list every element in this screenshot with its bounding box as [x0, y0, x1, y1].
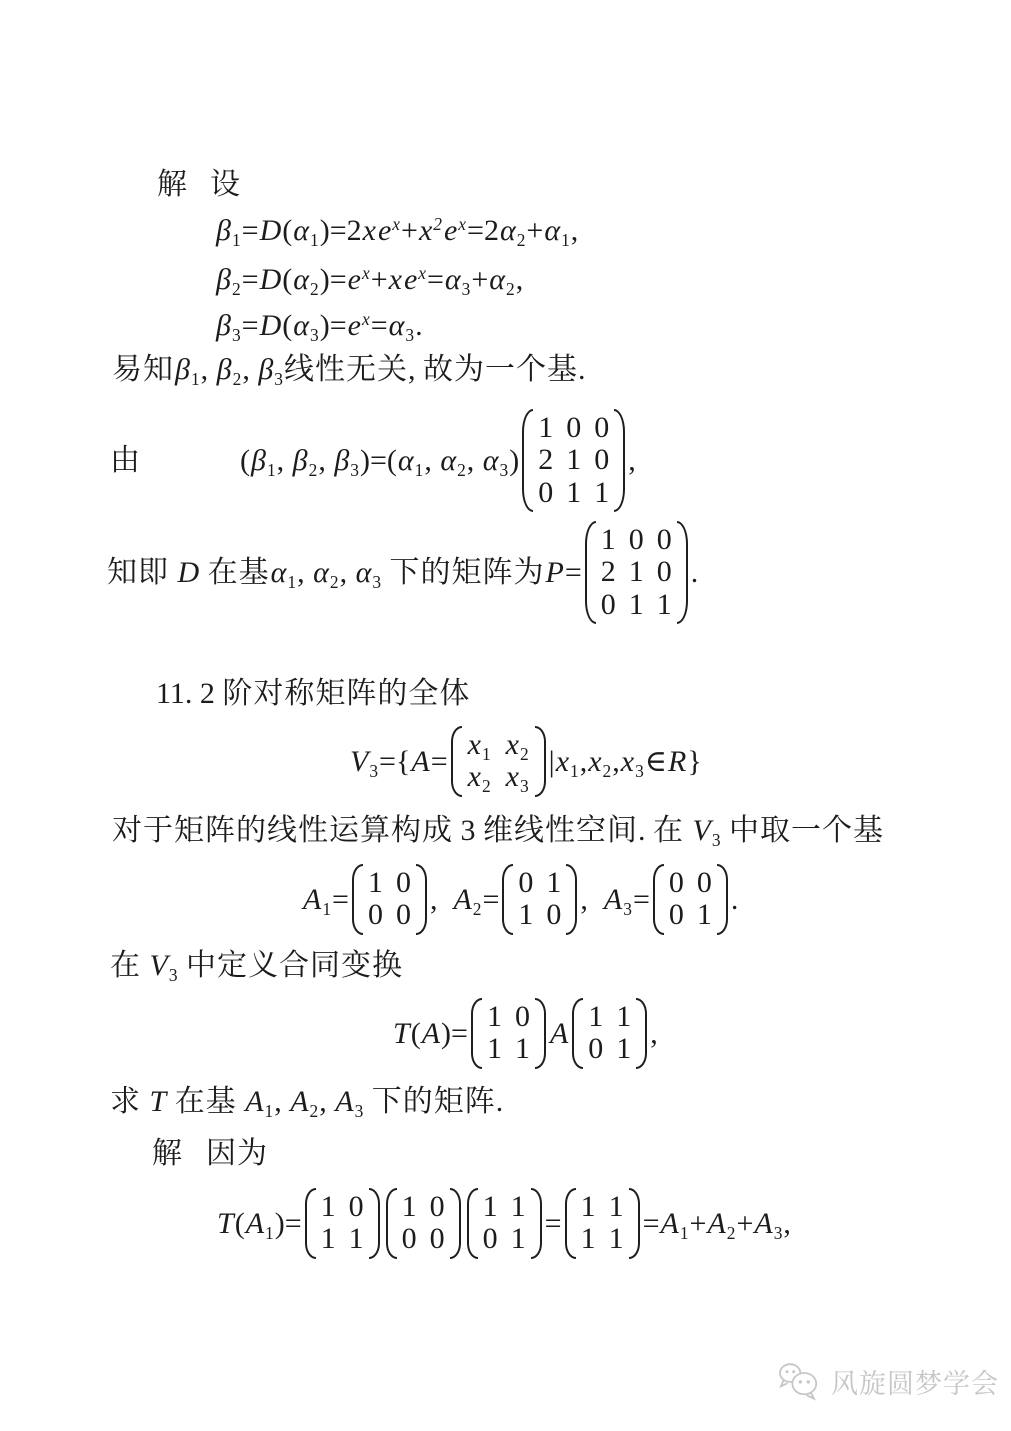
math-token: ) [509, 442, 519, 480]
math-token: , [274, 1083, 289, 1121]
solution-marker-2: 解因为 [152, 1135, 268, 1173]
subscript: 1 [482, 744, 491, 764]
matrix-cell: 0 [585, 1033, 606, 1065]
math-token: β2 [292, 442, 319, 480]
subscript: 2 [457, 460, 466, 480]
math-token: D [177, 554, 201, 592]
math-token: α1 [543, 212, 570, 250]
superscript: x [458, 214, 466, 234]
math-token: , [297, 554, 312, 592]
matrix-cell: 0 [563, 412, 584, 444]
math-token: = [482, 881, 499, 919]
math-token [141, 1083, 149, 1121]
math-token: ( [235, 1205, 245, 1243]
math-token: P [545, 554, 565, 592]
subscript: 3 [462, 279, 471, 299]
math-token: α2 [488, 261, 515, 299]
math-token: V3 [349, 743, 379, 781]
matrix-cell: 1 [346, 1223, 367, 1255]
matrix-cell: 0 [591, 444, 612, 476]
matrix-cell: 0 [399, 1223, 420, 1255]
subscript: 1 [191, 369, 200, 389]
math-token: α1 [270, 554, 297, 592]
matrix: 100210011 [521, 408, 626, 513]
subscript: 2 [330, 572, 339, 592]
math-token: x2 [505, 728, 530, 761]
subscript: 2 [310, 279, 319, 299]
math-token: α3 [355, 554, 382, 592]
spacer [183, 1153, 206, 1154]
matrix-cell: 0 [365, 899, 386, 931]
math-token [237, 1083, 245, 1121]
math-token: , [430, 881, 453, 919]
subscript: 2 [233, 369, 242, 389]
equation-v3-definition: V3={A=x1x2x2x3|x1,x2,x3∈R} [349, 725, 702, 798]
wechat-icon [776, 1360, 822, 1402]
math-token: ex [443, 212, 467, 250]
math-token: β3 [257, 351, 284, 389]
subscript: 3 [405, 325, 414, 345]
matrix-cell: 1 [318, 1223, 339, 1255]
matrix-cell: 0 [654, 524, 675, 556]
math-token: x2 [587, 743, 612, 781]
math-token: β3 [333, 442, 360, 480]
matrix-cell: 0 [543, 899, 564, 931]
matrix-cell: 1 [606, 1223, 627, 1255]
math-token [200, 554, 208, 592]
math-token: , [783, 1205, 791, 1243]
cjk-text: 线性无关 [284, 351, 408, 389]
matrix-cell: 1 [578, 1223, 599, 1255]
math-token [382, 554, 390, 592]
math-token: , [318, 442, 333, 480]
math-token: V3 [149, 947, 179, 985]
math-token: = [643, 1205, 660, 1243]
math-token: , [580, 881, 603, 919]
math-token: , [319, 1083, 334, 1121]
math-token: , [628, 442, 636, 480]
text-linear-independence: 易知β1, β2, β3线性无关, 故为一个基. [112, 351, 585, 389]
math-token: )= [320, 307, 347, 345]
math-token: x [362, 212, 377, 250]
superscript: x [362, 263, 370, 283]
math-token: A1 [245, 1205, 275, 1243]
subscript: 3 [712, 830, 721, 850]
math-token [141, 947, 149, 985]
math-token: = [633, 881, 650, 919]
subscript: 3 [774, 1223, 783, 1243]
subscript: 3 [310, 325, 319, 345]
subscript: 2 [517, 230, 526, 250]
subscript: 3 [520, 776, 529, 796]
matrix: 1101 [571, 997, 648, 1070]
matrix: 1011 [304, 1187, 381, 1260]
math-token: . [731, 881, 739, 919]
math-token: , [580, 743, 588, 781]
superscript: 2 [433, 214, 442, 234]
math-token: x3 [620, 743, 645, 781]
math-token [169, 554, 177, 592]
math-token: A2 [289, 1083, 319, 1121]
matrix: 1000 [385, 1187, 462, 1260]
math-token: . [415, 307, 423, 345]
cjk-text: 阶对称矩阵的全体 [222, 675, 470, 713]
subscript: 2 [310, 1101, 319, 1121]
math-token: , [516, 261, 524, 299]
math-token: α2 [439, 442, 466, 480]
matrix-cell: 0 [427, 1223, 448, 1255]
math-token: β1 [174, 351, 201, 389]
cjk-text: 在基 [175, 1083, 237, 1121]
math-token: + [471, 261, 488, 299]
matrix-cell: 0 [598, 589, 619, 621]
matrix-cell: 0 [694, 867, 715, 899]
subscript: 1 [287, 572, 296, 592]
matrix-cell: 0 [512, 1001, 533, 1033]
subscript: 1 [310, 230, 319, 250]
cjk-text: 解 [157, 166, 188, 204]
matrix-cell: 1 [318, 1191, 339, 1223]
math-token: = [371, 307, 388, 345]
math-token: x [388, 261, 403, 299]
matrix-cell: 1 [626, 556, 647, 588]
subscript: 1 [265, 1101, 274, 1121]
math-token: D [259, 212, 283, 250]
equation-basis-change: 由(β1, β2, β3)=(α1, α2, α3)100210011, [110, 408, 636, 513]
math-token: )= [320, 261, 347, 299]
subscript: 1 [561, 230, 570, 250]
cjk-text: 解 [152, 1135, 183, 1173]
math-token: = [565, 554, 582, 592]
text-find-matrix-of-t: 求 T 在基 A1, A2, A3 下的矩阵. [110, 1083, 503, 1121]
math-token: = [427, 261, 444, 299]
matrix-cell: 1 [694, 899, 715, 931]
cjk-text: 维线性空间 [483, 812, 638, 850]
subscript: 3 [350, 460, 359, 480]
math-token: , [408, 351, 423, 389]
matrix-cell: 0 [666, 899, 687, 931]
math-token: R [667, 743, 687, 781]
subscript: 1 [570, 761, 579, 781]
math-token: ( [282, 212, 292, 250]
matrix-cell: 0 [535, 477, 556, 509]
subscript: 3 [623, 899, 632, 919]
math-token: β1 [250, 442, 277, 480]
matrix-cell: 0 [393, 867, 414, 899]
matrix-cell: 1 [512, 1033, 533, 1065]
matrix-cell: 0 [591, 412, 612, 444]
cjk-text: 因为 [206, 1135, 268, 1173]
problem-11-heading: 11. 2 阶对称矩阵的全体 [156, 675, 470, 713]
math-token: α1 [397, 442, 424, 480]
math-token: T [392, 1015, 411, 1053]
math-token: A1 [244, 1083, 274, 1121]
math-token: A2 [452, 881, 482, 919]
math-token: β2 [215, 261, 242, 299]
matrix-cell: 1 [480, 1191, 501, 1223]
cjk-text: 对于矩阵的线性运算构成 [112, 812, 453, 850]
subscript: 3 [274, 369, 283, 389]
math-token: )= [320, 212, 347, 250]
subscript: 3 [369, 761, 378, 781]
subscript: 2 [232, 279, 241, 299]
math-token: } [687, 743, 701, 781]
subscript: 2 [603, 761, 612, 781]
matrix-cell: 0 [427, 1191, 448, 1223]
matrix-cell: 1 [606, 1191, 627, 1223]
math-token: A1 [302, 881, 332, 919]
subscript: 1 [680, 1223, 689, 1243]
math-token: = [242, 307, 259, 345]
math-token: ( [282, 307, 292, 345]
subscript: 3 [500, 460, 509, 480]
math-token: T [216, 1205, 235, 1243]
math-token: . [496, 1083, 504, 1121]
math-token: = [431, 743, 448, 781]
matrix-cell: 1 [598, 524, 619, 556]
math-token: ex [377, 212, 401, 250]
matrix-cell: 1 [591, 477, 612, 509]
watermark-label: 风旋圆梦学会 [831, 1362, 999, 1401]
subscript: 2 [520, 744, 529, 764]
matrix-cell: 1 [613, 1001, 634, 1033]
math-token: α2 [499, 212, 526, 250]
math-token: . [691, 554, 699, 592]
math-token: , [467, 442, 482, 480]
math-token: = [545, 1205, 562, 1243]
math-token: )= [275, 1205, 302, 1243]
math-token: ex [403, 261, 427, 299]
math-token: α2 [292, 261, 319, 299]
math-token: + [526, 212, 543, 250]
matrix-cell: 0 [626, 524, 647, 556]
matrix-cell: 2 [598, 556, 619, 588]
equation-beta3: β3=D(α3)=ex=α3. [215, 307, 423, 345]
math-token: . [638, 812, 653, 850]
matrix-cell: 0 [666, 867, 687, 899]
matrix-cell: x1 [464, 729, 495, 761]
matrix-cell: 0 [515, 867, 536, 899]
matrix: x1x2x2x3 [450, 725, 547, 798]
cjk-text: 在 [653, 812, 684, 850]
math-token: A [421, 1015, 441, 1053]
math-token [364, 1083, 372, 1121]
math-token: D [259, 261, 283, 299]
text-congruence-transform: 在 V3 中定义合同变换 [110, 947, 403, 985]
subscript: 3 [232, 325, 241, 345]
cjk-text: 下的矩阵为 [390, 554, 545, 592]
equation-beta2: β2=D(α2)=ex+xex=α3+α2, [215, 261, 523, 299]
math-token: A3 [753, 1205, 783, 1243]
equation-basis-a1-a2-a3: A1=1000, A2=0110, A3=0001. [302, 863, 738, 936]
math-token: + [371, 261, 388, 299]
matrix-cell: x3 [502, 761, 533, 793]
math-token: 2 [484, 212, 499, 250]
math-token: , [340, 554, 355, 592]
scanned-textbook-page: 解设 β1=D(α1)=2xex+x2ex=2α2+α1, β2=D(α2)=e… [0, 0, 1011, 1431]
matrix-cell: 1 [585, 1001, 606, 1033]
matrix-cell: x2 [464, 761, 495, 793]
math-token: x2 [467, 760, 492, 793]
math-token: ex [347, 307, 371, 345]
math-token: x3 [505, 760, 530, 793]
subscript: 1 [415, 460, 424, 480]
matrix-cell: 1 [515, 899, 536, 931]
matrix-cell: 0 [346, 1191, 367, 1223]
math-token: 2 [347, 212, 362, 250]
math-token: , [201, 351, 216, 389]
subscript: 3 [355, 1101, 364, 1121]
subscript: 2 [506, 279, 515, 299]
matrix-cell: 1 [508, 1223, 529, 1255]
math-token: + [690, 1205, 707, 1243]
matrix-cell: 0 [393, 899, 414, 931]
math-token: D [259, 307, 283, 345]
matrix: 1011 [470, 997, 547, 1070]
cjk-text: 中取一个基 [729, 812, 884, 850]
math-token: , [650, 1015, 658, 1053]
equation-t-a1: T(A1)=101110001101=1111=A1+A2+A3, [216, 1187, 791, 1260]
matrix-cell: 1 [654, 589, 675, 621]
matrix: 1000 [351, 863, 428, 936]
subscript: 1 [322, 899, 331, 919]
matrix-cell: 1 [535, 412, 556, 444]
cjk-text: 易知 [112, 351, 174, 389]
math-token: A1 [659, 1205, 689, 1243]
math-token [684, 812, 692, 850]
math-token: β1 [215, 212, 242, 250]
math-token: A3 [603, 881, 633, 919]
math-token: 3 [453, 812, 483, 850]
matrix-cell: 1 [365, 867, 386, 899]
math-token: , [571, 212, 579, 250]
math-token: α1 [292, 212, 319, 250]
math-token: α3 [388, 307, 415, 345]
matrix-cell: x2 [502, 729, 533, 761]
subscript: 3 [372, 572, 381, 592]
cjk-text: 下的矩阵 [372, 1083, 496, 1121]
superscript: x [362, 309, 370, 329]
math-token: = [332, 881, 349, 919]
math-token: , [277, 442, 292, 480]
math-token: x1 [555, 743, 580, 781]
subscript: 3 [169, 965, 178, 985]
math-token: ( [411, 1015, 421, 1053]
matrix-cell: 1 [543, 867, 564, 899]
math-token: = [242, 212, 259, 250]
math-token: = [242, 261, 259, 299]
math-token: )= [441, 1015, 468, 1053]
superscript: x [418, 263, 426, 283]
math-token [179, 947, 187, 985]
equation-t-definition: T(A)=1011A1101, [392, 997, 658, 1070]
math-token: V3 [692, 812, 722, 850]
superscript: x [392, 214, 400, 234]
math-token: ={ [379, 743, 410, 781]
matrix: 1101 [466, 1187, 543, 1260]
text-matrix-of-d: 知即 D 在基α1, α2, α3 下的矩阵为P=100210011. [107, 520, 698, 625]
math-token: β2 [216, 351, 243, 389]
math-token: 11. 2 [156, 675, 222, 713]
math-token: , [612, 743, 620, 781]
math-token: T [149, 1083, 168, 1121]
equation-beta1: β1=D(α1)=2xex+x2ex=2α2+α1, [215, 212, 578, 250]
math-token: α3 [444, 261, 471, 299]
math-token: β3 [215, 307, 242, 345]
matrix-cell: 1 [626, 589, 647, 621]
math-token: x2 [418, 212, 443, 250]
subscript: 2 [473, 899, 482, 919]
matrix: 1111 [564, 1187, 641, 1260]
cjk-text: 中定义合同变换 [186, 947, 403, 985]
math-token: ( [282, 261, 292, 299]
text-linear-space: 对于矩阵的线性运算构成 3 维线性空间. 在 V3 中取一个基 [112, 812, 884, 850]
matrix: 0110 [501, 863, 578, 936]
matrix-cell: 1 [578, 1191, 599, 1223]
subscript: 1 [267, 460, 276, 480]
solution-marker-1: 解设 [157, 166, 241, 204]
matrix-cell: 1 [399, 1191, 420, 1223]
cjk-text: 在 [110, 947, 141, 985]
cjk-text: 设 [210, 166, 241, 204]
math-token: , [242, 351, 257, 389]
math-token: α3 [482, 442, 509, 480]
math-token: α3 [292, 307, 319, 345]
subscript: 2 [727, 1223, 736, 1243]
subscript: 2 [309, 460, 318, 480]
matrix-cell: 1 [508, 1191, 529, 1223]
cjk-text: 故为一个基 [423, 351, 578, 389]
matrix-cell: 0 [480, 1223, 501, 1255]
math-token: ( [240, 442, 250, 480]
cjk-text: 知即 [107, 554, 169, 592]
math-token [167, 1083, 175, 1121]
matrix: 0001 [652, 863, 729, 936]
cjk-text: 在基 [208, 554, 270, 592]
math-token: A3 [334, 1083, 364, 1121]
math-token: A2 [706, 1205, 736, 1243]
cjk-text: 由 [110, 442, 141, 480]
matrix-cell: 2 [535, 444, 556, 476]
math-token: = [467, 212, 484, 250]
math-token: )=( [360, 442, 397, 480]
matrix-cell: 1 [613, 1033, 634, 1065]
math-token: A [549, 1015, 569, 1053]
math-token: α2 [312, 554, 339, 592]
matrix: 100210011 [584, 520, 689, 625]
spacer [141, 460, 240, 461]
math-token [722, 812, 730, 850]
math-token: A [410, 743, 430, 781]
matrix-cell: 1 [563, 444, 584, 476]
math-token: + [401, 212, 418, 250]
watermark: 风旋圆梦学会 [776, 1360, 999, 1402]
matrix-cell: 1 [563, 477, 584, 509]
math-token: x1 [467, 728, 492, 761]
spacer [188, 184, 210, 185]
subscript: 3 [635, 761, 644, 781]
math-token: , [424, 442, 439, 480]
matrix-cell: 1 [484, 1001, 505, 1033]
math-token: ∈ [645, 743, 667, 781]
subscript: 1 [232, 230, 241, 250]
math-token: . [578, 351, 586, 389]
cjk-text: 求 [110, 1083, 141, 1121]
math-token: + [736, 1205, 753, 1243]
matrix-cell: 1 [484, 1033, 505, 1065]
subscript: 1 [265, 1223, 274, 1243]
math-token: ex [347, 261, 371, 299]
